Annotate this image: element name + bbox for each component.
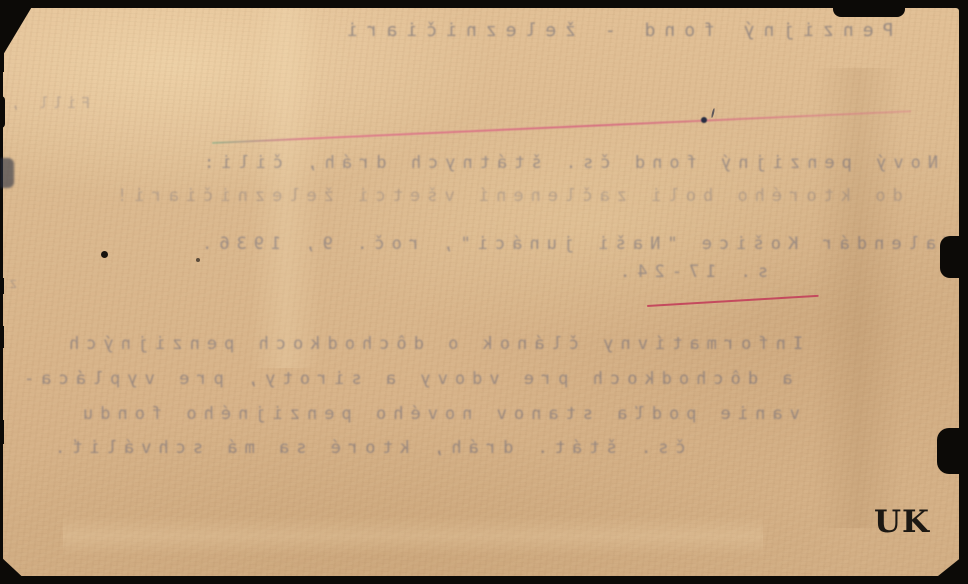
bleedthrough-line: a dôchodkoch pre vdovy a siroty, pre vyp… bbox=[17, 369, 793, 389]
catalog-card-scan: Penzijný fond - železničiari Fill , Nový… bbox=[0, 0, 968, 584]
library-stamp: UK bbox=[874, 504, 930, 540]
scan-edge-right-notch bbox=[940, 236, 962, 278]
bleedthrough-line: Informatívny článok o dôchodkoch penzijn… bbox=[62, 334, 803, 354]
scan-edge-top-bump bbox=[833, 6, 905, 17]
bleedthrough-heading: Penzijný fond - železničiari bbox=[338, 20, 893, 41]
paper bbox=[3, 8, 959, 576]
bleedthrough-line: Nový penzijný fond čs. štátnych dráh, či… bbox=[197, 153, 938, 173]
scan-edge-right-notch bbox=[937, 428, 964, 474]
scan-edge-left-mark bbox=[0, 420, 4, 444]
bleedthrough-line: čs. štát. dráh, ktoré sa má schváliť. bbox=[48, 438, 686, 458]
ink-dot bbox=[701, 117, 707, 123]
paper-streak bbox=[813, 68, 903, 528]
bleedthrough-line: s. 17-24. bbox=[613, 262, 768, 282]
ink-dot bbox=[101, 251, 108, 258]
bleedthrough-line: vanie podľa stanov nového penzijného fon… bbox=[76, 404, 800, 424]
ink-dot bbox=[196, 258, 200, 262]
bleedthrough-line: Kalendár Košice "Naši junáci", roč. 9, 1… bbox=[195, 234, 953, 254]
bleedthrough-line: do ktorého boli začlenení všetci železni… bbox=[110, 186, 903, 206]
bleedthrough-margin-ghost: Fill , bbox=[6, 94, 90, 112]
scan-edge-left-mark bbox=[0, 278, 4, 294]
paper-streak bbox=[63, 516, 763, 556]
scan-edge-left-mark bbox=[0, 96, 5, 128]
scan-edge-left-mark bbox=[0, 326, 4, 348]
bleedthrough-margin-mark: z bbox=[2, 276, 17, 292]
scan-edge-left-mark bbox=[0, 386, 3, 402]
ink-blotch bbox=[0, 158, 14, 188]
scan-edge-left-mark bbox=[0, 26, 4, 72]
